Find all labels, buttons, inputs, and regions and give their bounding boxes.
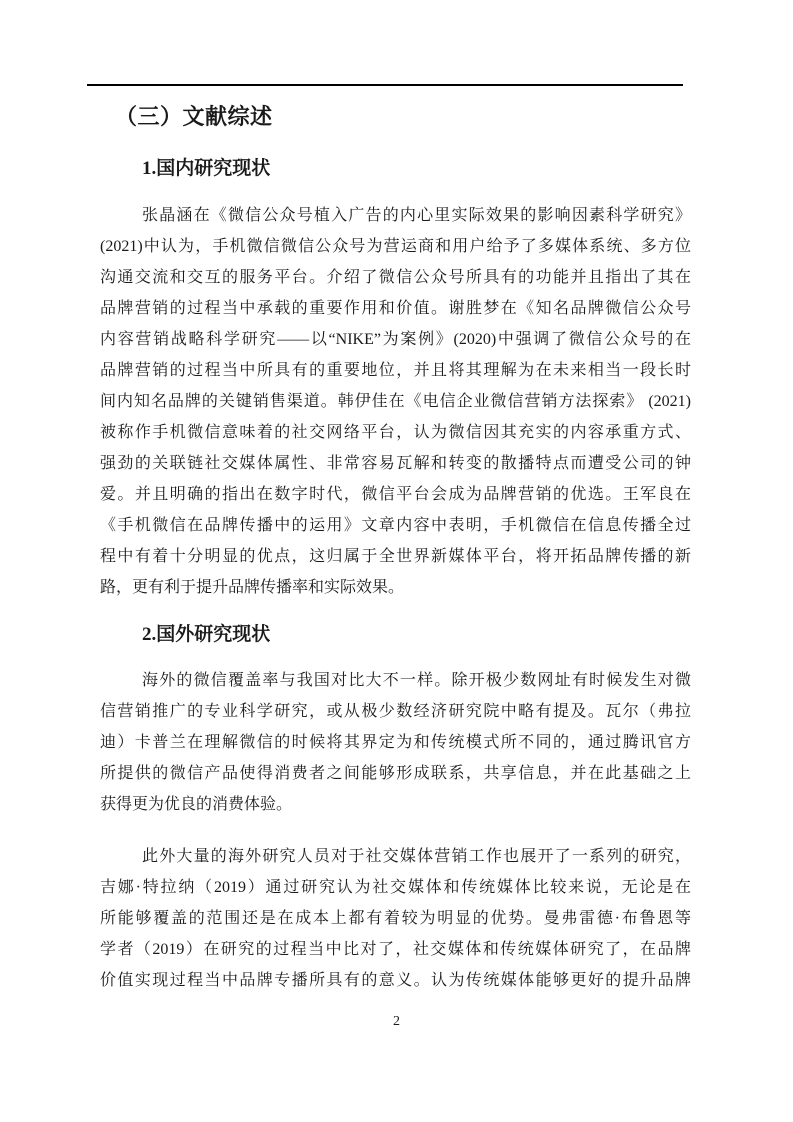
text-line: (2021)中认为，手机微信微信公众号为营运商和用户给予了多媒体系统、多方位 — [100, 231, 691, 262]
page-title: （三）文献综述 — [115, 104, 273, 130]
document-page: （三）文献综述 1.国内研究现状 张晶涵在《微信公众号植入广告的内心里实际效果的… — [0, 0, 793, 1122]
text-line: 被称作手机微信意味着的社交网络平台，认为微信因其充实的内容承重方式、 — [100, 417, 691, 448]
text-line: 此外大量的海外研究人员对于社交媒体营销工作也展开了一系列的研究， — [100, 841, 691, 872]
text-line: 品牌营销的过程当中承载的重要作用和价值。谢胜梦在《知名品牌微信公众号 — [100, 293, 691, 324]
text-line: 程中有着十分明显的优点，这归属于全世界新媒体平台，将开拓品牌传播的新 — [100, 541, 691, 572]
text-line: 品牌营销的过程当中所具有的重要地位，并且将其理解为在未来相当一段长时 — [100, 355, 691, 386]
section-heading-foreign-research: 2.国外研究现状 — [142, 624, 270, 645]
text-line: 所提供的微信产品使得消费者之间能够形成联系，共享信息，并在此基础之上 — [100, 758, 691, 789]
text-line: 强劲的关联链社交媒体属性、非常容易瓦解和转变的散播特点而遭受公司的钟 — [100, 448, 691, 479]
text-line: 学者（2019）在研究的过程当中比对了，社交媒体和传统媒体研究了，在品牌 — [100, 934, 691, 965]
text-line: 间内知名品牌的关键销售渠道。韩伊佳在《电信企业微信营销方法探索》 (2021) — [100, 386, 691, 417]
text-line: 所能够覆盖的范围还是在成本上都有着较为明显的优势。曼弗雷德·布鲁恩等 — [100, 903, 691, 934]
header-rule — [87, 84, 683, 86]
section-heading-domestic-research: 1.国内研究现状 — [142, 158, 270, 179]
paragraph-foreign-research-1: 海外的微信覆盖率与我国对比大不一样。除开极少数网址有时候发生对微 信营销推广的专… — [100, 665, 691, 820]
text-line: 海外的微信覆盖率与我国对比大不一样。除开极少数网址有时候发生对微 — [100, 665, 691, 696]
paragraph-foreign-research-2: 此外大量的海外研究人员对于社交媒体营销工作也展开了一系列的研究， 吉娜·特拉纳（… — [100, 841, 691, 996]
text-line: 信营销推广的专业科学研究，或从极少数经济研究院中略有提及。瓦尔（弗拉 — [100, 696, 691, 727]
page-number: 2 — [0, 1013, 793, 1031]
text-line: 获得更为优良的消费体验。 — [100, 789, 691, 820]
text-line: 迪）卡普兰在理解微信的时候将其界定为和传统模式所不同的，通过腾讯官方 — [100, 727, 691, 758]
text-line: 内容营销战略科学研究——以“NIKE”为案例》(2020)中强调了微信公众号的在 — [100, 324, 691, 355]
text-line: 价值实现过程当中品牌专播所具有的意义。认为传统媒体能够更好的提升品牌 — [100, 965, 691, 996]
text-line: 《手机微信在品牌传播中的运用》文章内容中表明，手机微信在信息传播全过 — [100, 510, 691, 541]
text-line: 张晶涵在《微信公众号植入广告的内心里实际效果的影响因素科学研究》 — [100, 200, 691, 231]
text-line: 爱。并且明确的指出在数字时代，微信平台会成为品牌营销的优选。王军良在 — [100, 479, 691, 510]
paragraph-domestic-research: 张晶涵在《微信公众号植入广告的内心里实际效果的影响因素科学研究》 (2021)中… — [100, 200, 691, 603]
text-line: 吉娜·特拉纳（2019）通过研究认为社交媒体和传统媒体比较来说，无论是在 — [100, 872, 691, 903]
text-line: 路，更有利于提升品牌传播率和实际效果。 — [100, 572, 691, 603]
text-line: 沟通交流和交互的服务平台。介绍了微信公众号所具有的功能并且指出了其在 — [100, 262, 691, 293]
